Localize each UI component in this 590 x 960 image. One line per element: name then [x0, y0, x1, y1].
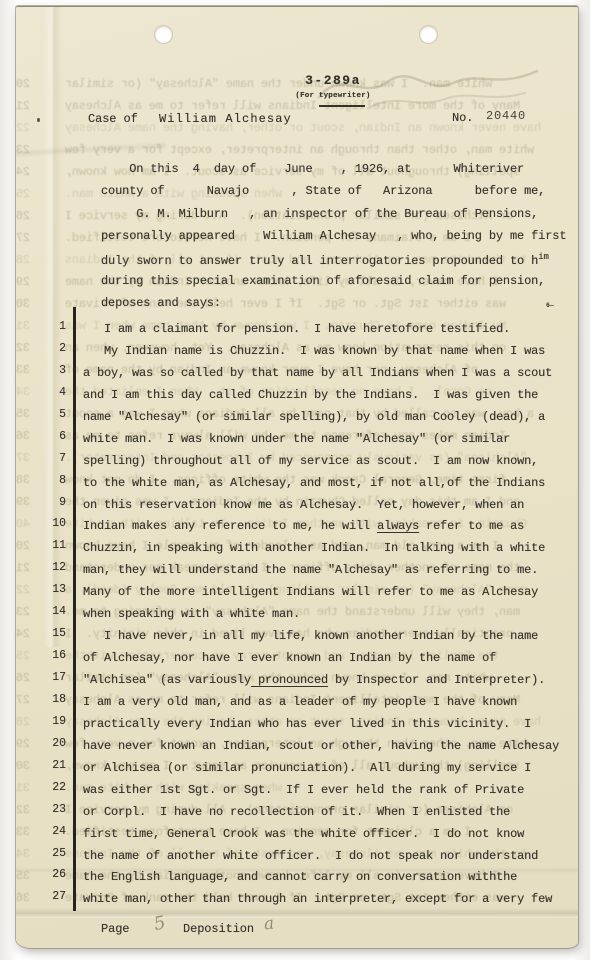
line-text: or Alchisea (or similar pronunciation). … — [83, 761, 531, 775]
line-number: 24 — [16, 824, 66, 838]
line-text: I have never, in all my life, known anot… — [83, 629, 538, 643]
deposition-line: 27white man, other than through an inter… — [16, 889, 578, 911]
deposition-line: 20have never known an Indian, scout or o… — [16, 736, 578, 758]
case-name: William Alchesay — [159, 112, 292, 126]
line-text: My Indian name is Chuzzin. I was known b… — [83, 344, 545, 358]
line-number: 6 — [16, 429, 66, 443]
form-note-rule — [319, 105, 365, 107]
form-intro-line: personally appeared William Alchesay , w… — [101, 229, 566, 251]
line-number: 27 — [16, 889, 66, 903]
case-number-label: No. — [452, 111, 473, 125]
line-number: 10 — [16, 516, 66, 530]
deposition-line: 17"Alchisea" (as variously pronounced by… — [16, 670, 578, 692]
line-number: 4 — [16, 385, 66, 399]
line-number: 1 — [16, 319, 66, 333]
line-text: Chuzzin, in speaking with another Indian… — [83, 541, 545, 555]
line-text: was either 1st Sgt. or Sgt. If I ever he… — [83, 783, 524, 797]
deposition-line: 24first time, General Crook was the whit… — [16, 824, 578, 846]
case-label: Case of — [88, 112, 138, 126]
deposition-line: 22was either 1st Sgt. or Sgt. If I ever … — [16, 780, 578, 802]
line-text: white man. I was known under the name "A… — [83, 432, 510, 446]
line-text: to the white man, as Alchesay, and most,… — [83, 476, 545, 490]
line-number: 7 — [16, 451, 66, 465]
line-text: the English language, and cannot carry o… — [83, 870, 517, 884]
line-text: the name of another white officer. I do … — [83, 849, 538, 863]
deposition-line: 15 I have never, in all my life, known a… — [16, 626, 578, 648]
line-number: 18 — [16, 692, 66, 706]
deposition-line: 18I am a very old man, and as a leader o… — [16, 692, 578, 714]
line-number: 22 — [16, 780, 66, 794]
deposition-line: 21or Alchisea (or similar pronunciation)… — [16, 758, 578, 780]
form-intro-line: duly sworn to answer truly all interroga… — [101, 252, 566, 274]
line-text: and I am this day called Chuzzin by the … — [83, 388, 538, 402]
deposition-line: 26the English language, and cannot carry… — [16, 867, 578, 889]
line-text: Indian makes any reference to me, he wil… — [83, 519, 524, 533]
form-number: 3-289a — [305, 73, 361, 88]
deposition-line: 3a boy, was so called by that name by al… — [16, 363, 578, 385]
line-text: white man, other than through an interpr… — [83, 892, 552, 906]
printer-mark: 6— — [546, 302, 554, 309]
deposition-line: 6white man. I was known under the name "… — [16, 429, 578, 451]
deposition-line: 7spelling) throughout all of my service … — [16, 451, 578, 473]
page-label: Page — [101, 922, 129, 936]
bleedthrough-line: white man. I was known under the name "A… — [16, 77, 572, 91]
form-intro-paragraph: On this 4 day of June , 1926, at Whiteri… — [101, 162, 566, 319]
deposition-body: 1 I am a claimant for pension. I have he… — [16, 319, 578, 911]
deposition-line: 19practically every Indian who has ever … — [16, 714, 578, 736]
line-number: 3 — [16, 363, 66, 377]
line-number: 21 — [16, 758, 66, 772]
line-number: 26 — [16, 867, 66, 881]
deposition-line: 10Indian makes any reference to me, he w… — [16, 516, 578, 538]
form-intro-line: On this 4 day of June , 1926, at Whiteri… — [101, 162, 566, 184]
deposition-line: 13Many of the more intelligent Indians w… — [16, 582, 578, 604]
ink-speck — [37, 118, 40, 122]
line-number: 15 — [16, 626, 66, 640]
line-text: of Alchesay, nor have I ever known an In… — [83, 651, 496, 665]
line-text: I am a very old man, and as a leader of … — [83, 695, 517, 709]
line-text: or Corpl. I have no recollection of it. … — [83, 805, 510, 819]
deposition-line: 1 I am a claimant for pension. I have he… — [16, 319, 578, 341]
line-text: Many of the more intelligent Indians wil… — [83, 585, 538, 599]
line-text: on this reservation know me as Alchesay.… — [83, 498, 524, 512]
line-number: 20 — [16, 736, 66, 750]
line-text: spelling) throughout all of my service a… — [83, 454, 538, 468]
punch-hole-left — [155, 26, 172, 43]
line-number: 19 — [16, 714, 66, 728]
deposition-line: 4and I am this day called Chuzzin by the… — [16, 385, 578, 407]
line-number: 11 — [16, 538, 66, 552]
deposition-label: Deposition — [183, 922, 254, 936]
line-text: practically every Indian who has ever li… — [83, 717, 531, 731]
form-intro-line: G. M. Milburn , an inspector of the Bure… — [101, 207, 566, 229]
line-number: 9 — [16, 495, 66, 509]
line-number: 13 — [16, 582, 66, 596]
paper-sheet: white man. I was known under the name "A… — [16, 6, 578, 948]
line-text: when speaking with a white man. — [83, 607, 300, 621]
deposition-line: 12man, they will understand the name "Al… — [16, 560, 578, 582]
line-number: 2 — [16, 341, 66, 355]
deposition-line: 5name "Alchesay" (or similar spelling), … — [16, 407, 578, 429]
line-text: "Alchisea" (as variously pronounced by I… — [83, 673, 545, 687]
deposition-line: 25the name of another white officer. I d… — [16, 846, 578, 868]
deposition-line: 9on this reservation know me as Alchesay… — [16, 495, 578, 517]
case-number: 20440 — [486, 109, 526, 123]
punch-hole-right — [420, 26, 437, 43]
line-number: 8 — [16, 473, 66, 487]
deposition-line: 11Chuzzin, in speaking with another Indi… — [16, 538, 578, 560]
line-number: 16 — [16, 648, 66, 662]
paper-crease — [16, 141, 166, 158]
deposition-line: 8to the white man, as Alchesay, and most… — [16, 473, 578, 495]
deposition-line: 14when speaking with a white man. — [16, 604, 578, 626]
deposition-line: 23or Corpl. I have no recollection of it… — [16, 802, 578, 824]
line-text: man, they will understand the name "Alch… — [83, 563, 538, 577]
form-intro-line: county of Navajo , State of Arizona befo… — [101, 184, 566, 206]
line-number: 23 — [16, 802, 66, 816]
form-note: (For typewriter) — [295, 92, 370, 100]
line-text: have never known an Indian, scout or oth… — [83, 739, 559, 753]
line-text: name "Alchesay" (or similar spelling), b… — [83, 410, 545, 424]
form-intro-line: during this special examination of afore… — [101, 274, 566, 296]
deposition-line: 2 My Indian name is Chuzzin. I was known… — [16, 341, 578, 363]
line-text: I am a claimant for pension. I have here… — [83, 322, 510, 336]
document-scan: { "header": { "form_number": "3-289a", "… — [0, 0, 590, 960]
deposition-line: 16of Alchesay, nor have I ever known an … — [16, 648, 578, 670]
line-number: 17 — [16, 670, 66, 684]
line-number: 25 — [16, 846, 66, 860]
line-text: a boy, was so called by that name by all… — [83, 366, 552, 380]
handwritten-deposition-letter: a — [263, 914, 275, 935]
line-number: 14 — [16, 604, 66, 618]
form-intro-line: deposes and says: — [101, 296, 566, 318]
line-text: first time, General Crook was the white … — [83, 827, 524, 841]
line-number: 12 — [16, 560, 66, 574]
line-number: 5 — [16, 407, 66, 421]
